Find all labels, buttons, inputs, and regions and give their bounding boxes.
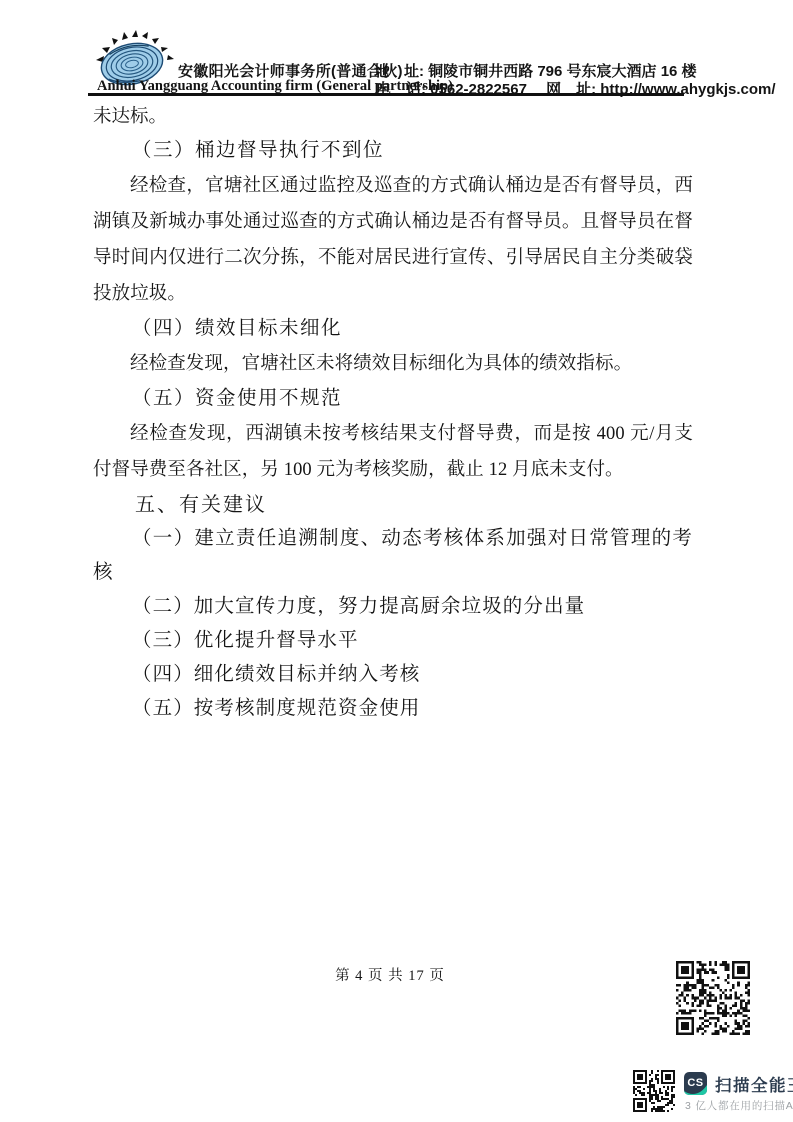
chapter-heading: 五、有关建议 [93,488,693,522]
scanner-app-tagline: 3 亿人都在用的扫描App [685,1098,793,1113]
scanner-app-name: 扫描全能王 [715,1072,793,1096]
suggestion-item-4: （四）细化绩效目标并纳入考核 [93,658,693,692]
section-heading-5: （五）资金使用不规范 [93,382,693,416]
suggestion-item-3: （三）优化提升督导水平 [93,624,693,658]
document-body: 未达标。 （三）桶边督导执行不到位 经检查，官塘社区通过监控及巡查的方式确认桶边… [93,100,693,726]
page-number: 第 4 页 共 17 页 [300,964,480,985]
watermark-qr-code-icon [633,1070,675,1112]
continuation-text: 未达标。 [93,100,693,134]
section-paragraph-5: 经检查发现，西湖镇未按考核结果支付督导费，而是按 400 元/月支付督导费至各社… [93,416,693,488]
camscanner-logo-icon: CS [684,1072,707,1095]
document-page: 安徽阳光会计师事务所(普通合伙) 地 址: 铜陵市铜井西路 796 号东宸大酒店… [0,0,793,1122]
section-heading-4: （四）绩效目标未细化 [93,312,693,346]
section-paragraph-4: 经检查发现，官塘社区未将绩效目标细化为具体的绩效指标。 [93,346,693,382]
suggestion-item-2: （二）加大宣传力度，努力提高厨余垃圾的分出量 [93,590,693,624]
suggestion-item-1: （一）建立责任追溯制度、动态考核体系加强对日常管理的考核 [93,522,693,590]
header-divider [88,93,684,96]
section-heading-3: （三）桶边督导执行不到位 [93,134,693,168]
section-paragraph-3: 经检查，官塘社区通过监控及巡查的方式确认桶边是否有督导员，西湖镇及新城办事处通过… [93,168,693,312]
camscanner-logo-text: CS [687,1077,703,1089]
suggestion-item-5: （五）按考核制度规范资金使用 [93,692,693,726]
qr-code-icon [676,961,750,1035]
